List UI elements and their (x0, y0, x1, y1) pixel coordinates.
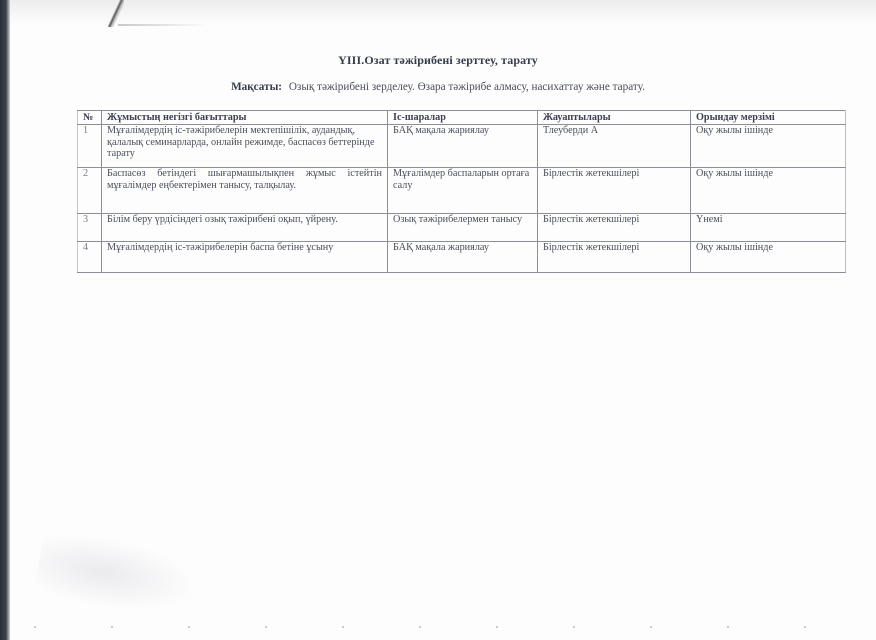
header-number: № (78, 111, 102, 125)
row-deadline: Оқу жылы ішінде (691, 242, 846, 273)
row-responsible: Бірлестік жетекшілері (538, 214, 691, 242)
row-number: 3 (78, 214, 102, 242)
section-goal: Мақсаты: Озық тәжірибені зерделеу. Өзара… (0, 81, 876, 93)
row-activity: Мұғалімдер баспаларын ортаға салу (388, 168, 538, 214)
plan-table: № Жұмыстың негізгі бағыттары Іс-шаралар … (77, 110, 846, 273)
section-title: YIII.Озат тәжірибені зерттеу, тарату (0, 53, 876, 68)
table-header-row: № Жұмыстың негізгі бағыттары Іс-шаралар … (78, 111, 846, 125)
scan-dot (804, 626, 806, 628)
scan-dot (496, 626, 498, 628)
row-responsible: Тлеуберди А (538, 125, 691, 168)
header-deadline: Орындау мерзімі (691, 111, 846, 125)
row-activity: БАҚ мақала жариялау (388, 125, 538, 168)
scan-dot (650, 626, 652, 628)
row-number: 4 (78, 242, 102, 273)
table-row: 3 Білім беру үрдісіндегі озық тәжірибені… (78, 214, 846, 242)
row-deadline: Оқу жылы ішінде (691, 168, 846, 214)
scan-dot (265, 626, 267, 628)
table-row: 1 Мұғалімдердің іс-тәжірибелерін мектепі… (78, 125, 846, 168)
row-number: 2 (78, 168, 102, 214)
header-activities: Іс-шаралар (388, 111, 538, 125)
page-fold-line (118, 24, 208, 26)
row-direction: Баспасөз бетіндегі шығармашылықпен жұмыс… (102, 168, 388, 214)
scan-dots (0, 626, 876, 632)
header-responsible: Жауаптылары (538, 111, 691, 125)
row-responsible: Бірлестік жетекшілері (538, 242, 691, 273)
scan-smudge (33, 527, 203, 624)
row-direction: Мұғалімдердің іс-тәжірибелерін мектепіші… (102, 125, 388, 168)
page-fold-mark (108, 0, 124, 27)
scan-dot (111, 626, 113, 628)
row-direction: Білім беру үрдісіндегі озық тәжірибені о… (102, 214, 388, 242)
scan-top-shadow (10, 0, 876, 26)
row-responsible: Бірлестік жетекшілері (538, 168, 691, 214)
goal-label: Мақсаты: (231, 81, 282, 93)
scan-dot (34, 626, 36, 628)
row-deadline: Оқу жылы ішінде (691, 125, 846, 168)
scan-dot (342, 626, 344, 628)
scan-dot (727, 626, 729, 628)
scan-dot (188, 626, 190, 628)
table-row: 4 Мұғалімдердің іс-тәжірибелерін баспа б… (78, 242, 846, 273)
scan-left-edge (0, 0, 10, 640)
table-row: 2 Баспасөз бетіндегі шығармашылықпен жұм… (78, 168, 846, 214)
row-deadline: Үнемі (691, 214, 846, 242)
row-direction: Мұғалімдердің іс-тәжірибелерін баспа бет… (102, 242, 388, 273)
header-direction: Жұмыстың негізгі бағыттары (102, 111, 388, 125)
scan-dot (419, 626, 421, 628)
row-activity: БАҚ мақала жариялау (388, 242, 538, 273)
goal-text: Озық тәжірибені зерделеу. Өзара тәжірибе… (289, 81, 645, 93)
row-activity: Озық тәжірибелермен танысу (388, 214, 538, 242)
row-number: 1 (78, 125, 102, 168)
scan-dot (573, 626, 575, 628)
